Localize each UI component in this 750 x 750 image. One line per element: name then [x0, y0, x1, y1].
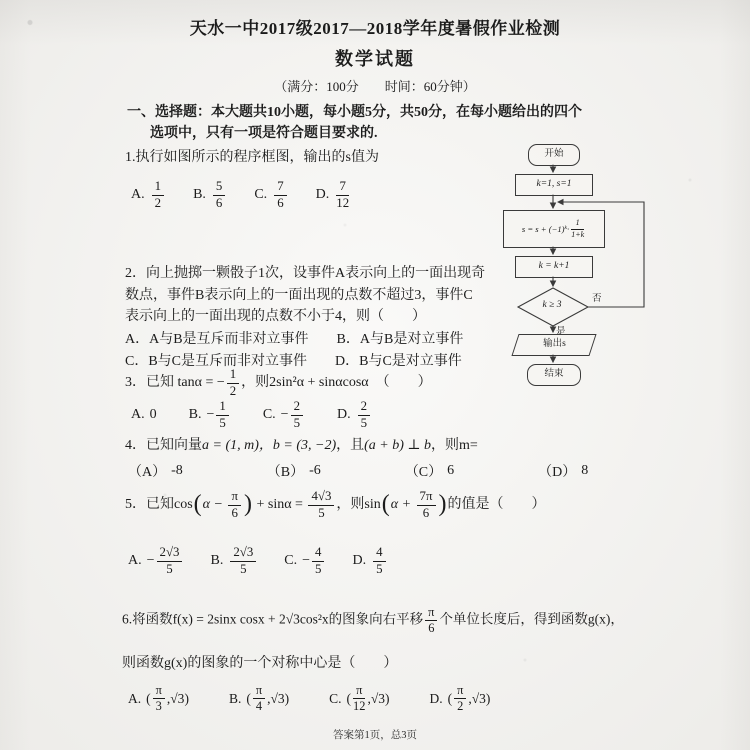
- right-paren: ): [244, 491, 252, 517]
- question-4-stem: 4．已知向量a = (1, m)，b = (3, −2)，且(a + b) ⊥ …: [125, 434, 478, 454]
- instructions-line2: 选项中，只有一项是符合题目要求的.: [127, 123, 632, 144]
- fraction: π6: [425, 606, 437, 635]
- question-1-options: A.12 B.56 C.76 D.712: [131, 180, 351, 210]
- fraction: 12: [152, 180, 164, 210]
- right-paren: ): [439, 491, 447, 517]
- q5-option-c: C.−45: [284, 546, 326, 576]
- left-paren: (: [382, 491, 390, 517]
- exam-page: 天水一中2017级2017—2018学年度暑假作业检测 数学试题 （满分：100…: [0, 0, 750, 750]
- q4-option-a: （A）-8: [128, 461, 183, 481]
- fraction: 25: [291, 400, 303, 430]
- question-5-options: A.−2√35 B.2√35 C.−45 D.45: [128, 546, 388, 576]
- q2-line3: 表示向上的一面出现的点数不小于4，则（ ）: [125, 306, 545, 328]
- flowchart-init-node: k=1, s=1: [515, 174, 593, 196]
- flowchart-formula-node: s = s + (−1)k·11+k: [503, 210, 605, 248]
- page-footer: 答案第1页，总3页: [0, 727, 750, 742]
- fraction: π3: [153, 684, 165, 713]
- flowchart-no-label: 否: [592, 290, 602, 304]
- exam-subtitle: 数学试题: [0, 45, 750, 71]
- q3-option-c: C.−25: [263, 400, 305, 430]
- q5-option-d: D.45: [352, 546, 387, 576]
- fraction: 12: [227, 368, 239, 398]
- question-5-stem: 5．已知cos(α − π6) + sinα = 4√35，则sin(α + 7…: [125, 490, 546, 520]
- q6-option-b: B.(π4,√3): [229, 684, 289, 713]
- q1-option-b: B.56: [193, 180, 227, 210]
- flowchart-start-node: 开始: [528, 144, 580, 166]
- left-paren: (: [194, 491, 202, 517]
- fraction: 76: [274, 180, 286, 210]
- q1-option-d: D.712: [316, 180, 352, 210]
- q4-option-b: （B）-6: [267, 461, 321, 481]
- q4-vectors: a = (1, m)，b = (3, −2): [202, 438, 336, 453]
- question-2: 2．向上抛掷一颗骰子1次，设事件A表示向上的一面出现奇 数点，事件B表示向上的一…: [125, 263, 545, 373]
- q1-option-a: A.12: [131, 180, 166, 210]
- q2-line1: 2．向上抛掷一颗骰子1次，设事件A表示向上的一面出现奇: [125, 263, 545, 285]
- q5-option-a: A.−2√35: [128, 546, 184, 576]
- question-3-options: A.0 B.−15 C.−25 D.25: [131, 400, 372, 430]
- fraction: 45: [312, 546, 324, 576]
- q4-condition: (a + b) ⊥ b: [364, 438, 431, 453]
- question-4-options: （A）-8 （B）-6 （C）6 （D）8: [128, 461, 588, 481]
- q3-option-a: A.0: [131, 407, 157, 423]
- q6-option-a: A.(π3,√3): [128, 684, 189, 713]
- fraction: 15: [216, 400, 228, 430]
- question-3-stem: 3．已知 tanα = −12，则2sin²α + sinαcosα （ ）: [125, 368, 432, 398]
- question-6-stem-line1: 6.将函数f(x) = 2sinx cosx + 2√3cos²x的图象向右平移…: [122, 606, 624, 635]
- question-6-options: A.(π3,√3) B.(π4,√3) C.(π12,√3) D.(π2,√3): [128, 684, 490, 713]
- q6-option-c: C.(π12,√3): [329, 684, 389, 713]
- fraction: 2√35: [157, 546, 183, 576]
- q1-option-c: C.76: [254, 180, 288, 210]
- fraction: 4√35: [308, 490, 334, 520]
- q4-option-d: （D）8: [538, 461, 588, 481]
- exam-title: 天水一中2017级2017—2018学年度暑假作业检测: [0, 14, 750, 39]
- q2-options-ab: A．A与B是互斥而非对立事件 B．A与B是对立事件: [125, 329, 545, 351]
- q6-option-d: D.(π2,√3): [429, 684, 490, 713]
- section-instructions: 一、选择题：本大题共10小题，每小题5分，共50分，在每小题给出的四个 选项中，…: [127, 102, 632, 144]
- fraction: 56: [213, 180, 225, 210]
- fraction: 712: [336, 180, 349, 210]
- fraction: π2: [454, 684, 466, 713]
- q4-option-c: （C）6: [405, 461, 454, 481]
- q2-line2: 数点，事件B表示向上的一面出现的点数不超过3，事件C: [125, 285, 545, 307]
- question-1-stem: 1.执行如图所示的程序框图，输出的s值为: [125, 146, 379, 166]
- fraction: 25: [358, 400, 370, 430]
- fraction: 2√35: [230, 546, 256, 576]
- fraction: 45: [373, 546, 385, 576]
- fraction: π12: [353, 684, 365, 713]
- fraction: π6: [228, 490, 241, 520]
- q5-option-b: B.2√35: [210, 546, 258, 576]
- exam-score-time: （满分：100分 时间：60分钟）: [0, 76, 750, 95]
- fraction: π4: [253, 684, 265, 713]
- q3-option-b: B.−15: [189, 400, 231, 430]
- instructions-line1: 一、选择题：本大题共10小题，每小题5分，共50分，在每小题给出的四个: [127, 102, 632, 123]
- q3-option-d: D.25: [337, 400, 372, 430]
- fraction: 11+k: [571, 219, 584, 239]
- fraction: 7π6: [417, 490, 436, 520]
- question-6-stem-line2: 则函数g(x)的图象的一个对称中心是（ ）: [122, 652, 397, 672]
